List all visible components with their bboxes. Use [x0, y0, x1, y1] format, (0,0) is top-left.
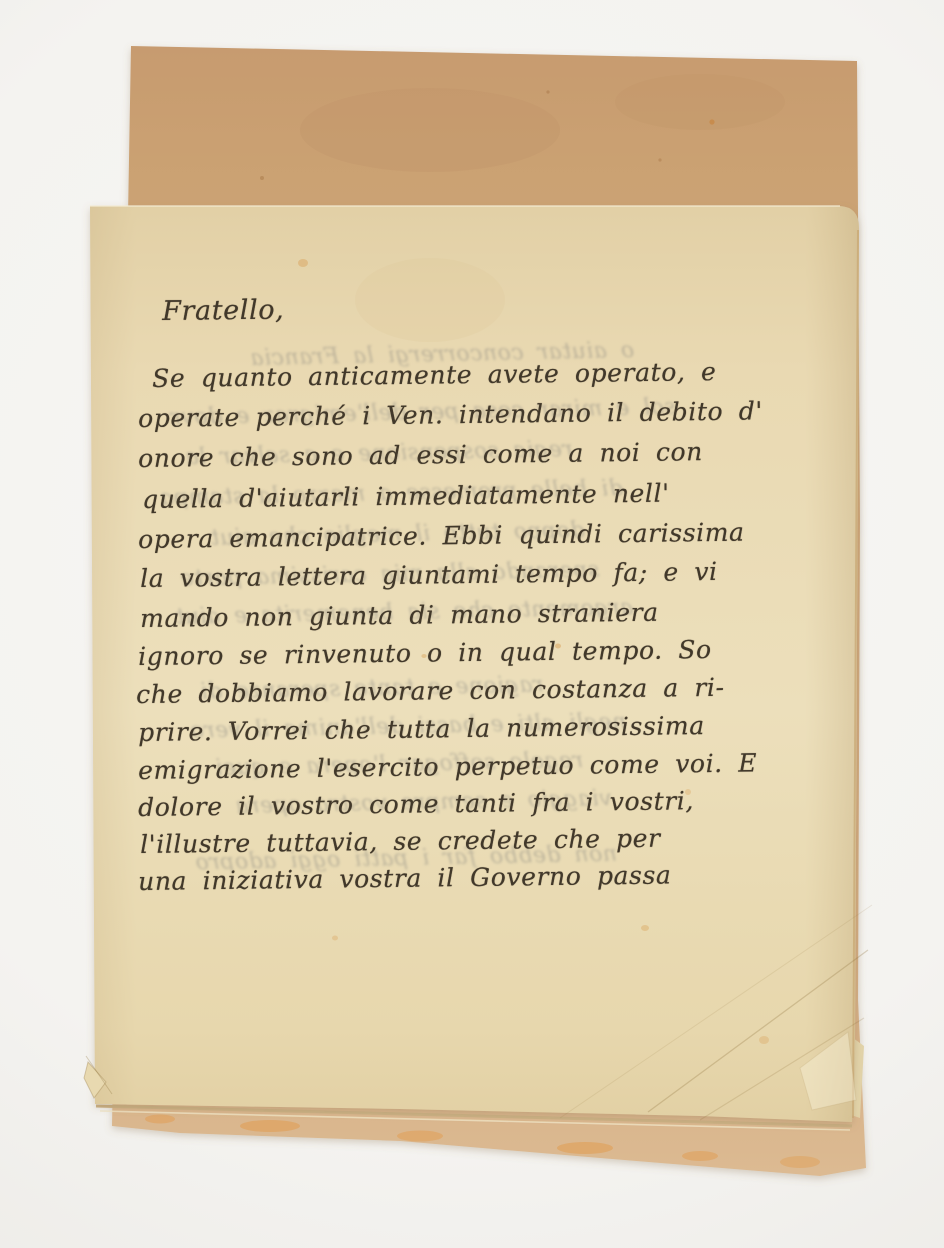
photo-of-handwritten-letter: o aiutar concorrergi la Francia sol e mi…: [0, 0, 944, 1248]
letter-greeting: Fratello,: [162, 295, 284, 327]
